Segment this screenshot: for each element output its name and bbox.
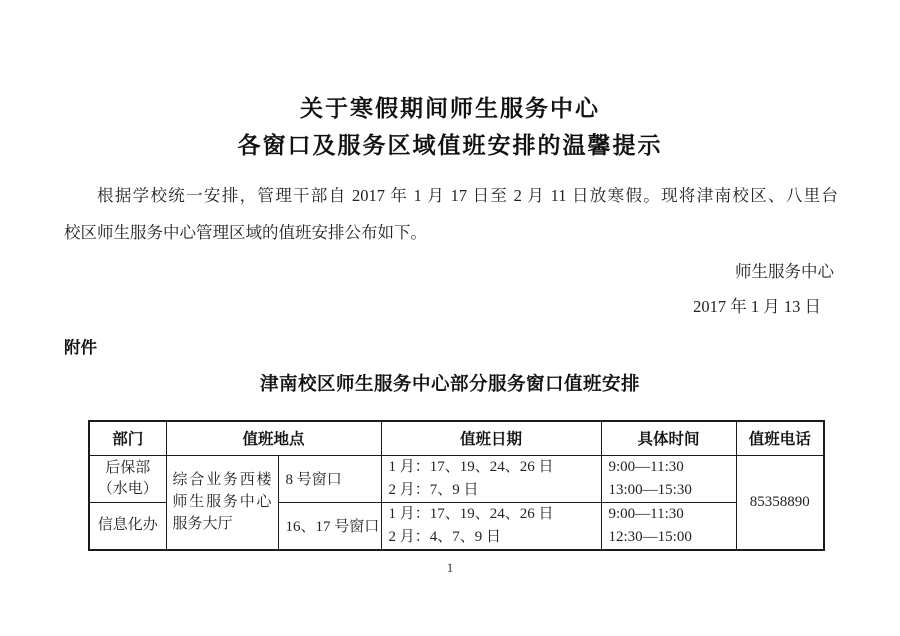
department-line1: 后保部 <box>90 458 166 479</box>
times-line2: 13:00—15:30 <box>609 479 736 502</box>
table-header-row: 部门 值班地点 值班日期 具体时间 值班电话 <box>89 421 824 455</box>
document-title-line2: 各窗口及服务区域值班安排的温馨提示 <box>0 127 900 164</box>
cell-times: 9:00—11:30 13:00—15:30 <box>601 455 736 502</box>
building-line3: 服务大厅 <box>173 513 272 535</box>
document-title-line1: 关于寒假期间师生服务中心 <box>0 90 900 127</box>
dates-line2: 2 月：4、7、9 日 <box>389 526 601 549</box>
document-page: 关于寒假期间师生服务中心 各窗口及服务区域值班安排的温馨提示 根据学校统一安排，… <box>0 0 900 636</box>
body-paragraph: 根据学校统一安排，管理干部自 2017 年 1 月 17 日至 2 月 11 日… <box>64 177 838 251</box>
dates-line1: 1 月：17、19、24、26 日 <box>389 456 601 479</box>
dates-line1: 1 月：17、19、24、26 日 <box>389 503 601 526</box>
cell-window: 8 号窗口 <box>278 455 381 502</box>
header-times: 具体时间 <box>601 421 736 455</box>
times-line1: 9:00—11:30 <box>609 456 736 479</box>
document-title: 关于寒假期间师生服务中心 各窗口及服务区域值班安排的温馨提示 <box>0 90 900 164</box>
cell-department: 后保部 （水电） <box>89 455 166 502</box>
attachment-label: 附件 <box>64 334 900 362</box>
cell-dates: 1 月：17、19、24、26 日 2 月：7、9 日 <box>381 455 601 502</box>
cell-phone: 85358890 <box>736 455 824 550</box>
signature: 师生服务中心 <box>0 258 900 286</box>
header-dates: 值班日期 <box>381 421 601 455</box>
body-paragraph-line2: 校区师生服务中心管理区域的值班安排公布如下。 <box>64 214 838 251</box>
cell-location-building: 综合业务西楼 师生服务中心 服务大厅 <box>166 455 278 550</box>
cell-department: 信息化办 <box>89 502 166 550</box>
building-line1: 综合业务西楼 <box>173 469 272 491</box>
cell-times: 9:00—11:30 12:30—15:00 <box>601 502 736 550</box>
table-title: 津南校区师生服务中心部分服务窗口值班安排 <box>0 370 900 398</box>
signature-date: 2017 年 1 月 13 日 <box>0 293 900 321</box>
cell-window: 16、17 号窗口 <box>278 502 381 550</box>
cell-dates: 1 月：17、19、24、26 日 2 月：4、7、9 日 <box>381 502 601 550</box>
header-phone: 值班电话 <box>736 421 824 455</box>
header-location: 值班地点 <box>166 421 381 455</box>
dates-line2: 2 月：7、9 日 <box>389 479 601 502</box>
department-line1: 信息化办 <box>90 515 166 536</box>
department-line2: （水电） <box>90 479 166 500</box>
table-row: 后保部 （水电） 综合业务西楼 师生服务中心 服务大厅 8 号窗口 1 月：17… <box>89 455 824 502</box>
times-line2: 12:30—15:00 <box>609 526 736 549</box>
page-number: 1 <box>0 560 900 576</box>
header-department: 部门 <box>89 421 166 455</box>
duty-schedule-table: 部门 值班地点 值班日期 具体时间 值班电话 后保部 （水电） 综合业务西楼 师… <box>88 420 825 551</box>
times-line1: 9:00—11:30 <box>609 503 736 526</box>
body-paragraph-line1: 根据学校统一安排，管理干部自 2017 年 1 月 17 日至 2 月 11 日… <box>64 177 838 214</box>
building-line2: 师生服务中心 <box>173 491 272 513</box>
